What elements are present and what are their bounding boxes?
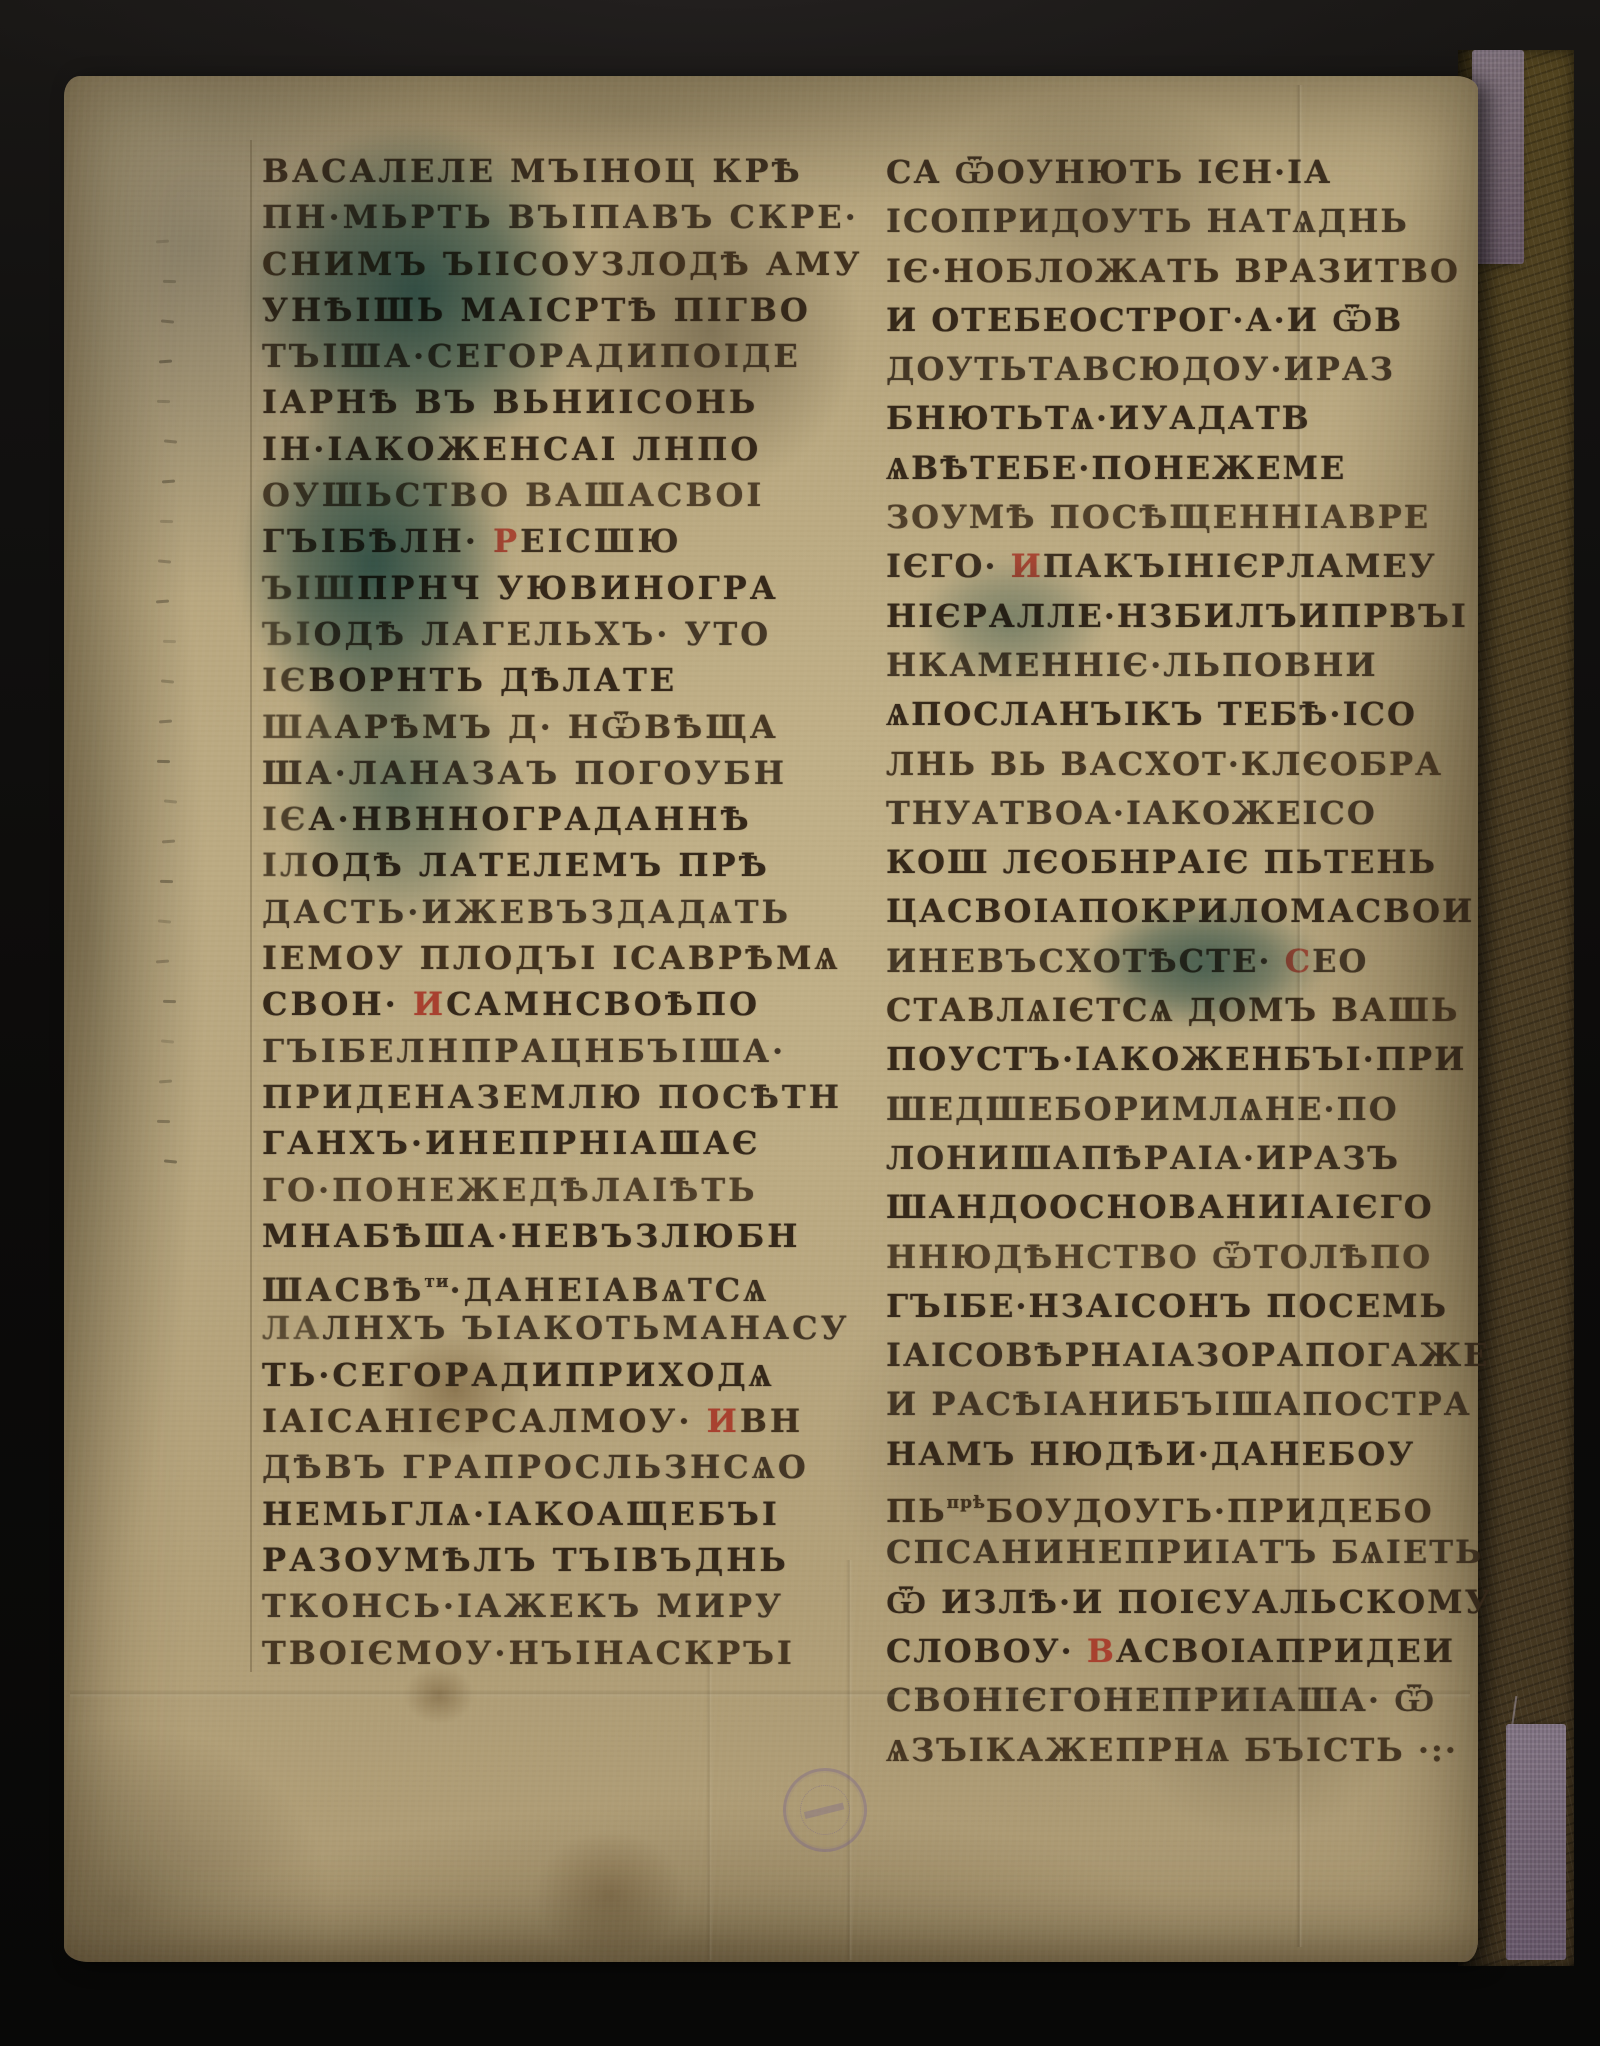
ink-text: СВОНІЄГОНЕПРИІАША· Ѿ (886, 1681, 1436, 1719)
ink-text: НКАМЕННІЄ·ЛЬПОВНИ (886, 646, 1378, 684)
ink-text: ТЪІША·СЕГОРАДИПОІДЕ (262, 337, 801, 375)
ink-text: ПН·МЬРТЬ ВЪІПАВЪ СКРЕ· (262, 198, 859, 236)
manuscript-line: Ѿ ИЗЛѢ·И ПОІЄУАЛЬСКОМУ (886, 1578, 1402, 1627)
ink-text: ВАСАЛЕЛЕ МЪІНОЦ КРѢ (262, 152, 803, 190)
manuscript-line: ИНЕВЪСХОТѢСТЕ· СЕО (886, 937, 1402, 986)
manuscript-line: СВОНІЄГОНЕПРИІАША· Ѿ (886, 1676, 1402, 1725)
manuscript-line: ШАСВѢти·ДАНЕІАВѦТСѦ (262, 1259, 828, 1305)
ink-text: ГО·ПОНЕЖЕДѢЛАІѢТЬ (262, 1171, 758, 1209)
manuscript-line: СНИМЪ ЪІІСОУЗЛОДѢ АМУ (262, 241, 828, 287)
manuscript-line: ІСОПРИДОУТЬ НАТѦДНЬ (886, 197, 1402, 246)
manuscript-line: ПЬпрѣБОУДОУГЬ·ПРИДЕБО (886, 1479, 1402, 1528)
manuscript-line: ЛАЛНХЪ ЪІАКОТЬМАНАСУ (262, 1305, 828, 1351)
ink-text: ЕО (1312, 942, 1368, 980)
ink-text: БОУДОУГЬ·ПРИДЕБО (986, 1492, 1434, 1530)
ink-text: ІЄГО· (886, 547, 1011, 585)
rubric-initial: И (413, 985, 446, 1023)
ink-text: ДАСТЬ·ИЖЕВЪЗДАДѦТЬ (262, 893, 791, 931)
ink-text: ІЕМОУ ПЛОДЪІ ІСАВРѢМѦ (262, 939, 841, 977)
ink-text: ТКОНСЬ·ІАЖЕКЪ МИРУ (262, 1587, 784, 1625)
ink-text: ПАКЪІНІЄРЛАМЕУ (1043, 547, 1437, 585)
manuscript-line: МНАБѢША·НЕВЪЗЛЮБН (262, 1213, 828, 1259)
text-column-right: СА ѾОУНЮТЬ ІЄН·ІАІСОПРИДОУТЬ НАТѦДНЬІЄ·Н… (886, 148, 1402, 1775)
manuscript-line: ОУШЬСТВО ВАШАСВОІ (262, 472, 828, 518)
manuscript-line: ІЄГО· ИПАКЪІНІЄРЛАМЕУ (886, 542, 1402, 591)
text-column-left: ВАСАЛЕЛЕ МЪІНОЦ КРѢПН·МЬРТЬ ВЪІПАВЪ СКРЕ… (262, 148, 828, 1676)
cloth-ribbon-bottom (1506, 1724, 1566, 1960)
ink-text: КОШ ЛЄОБНРАІЄ ПЬТЕНЬ (886, 843, 1437, 881)
ink-text: ДОУТЬТАВСЮДОУ·ИРАЗ (886, 350, 1395, 388)
ink-text: АРѢМЪ Д· НѾВѢЩА (335, 708, 779, 746)
ink-text: СТАВЛѦІЄТСѦ ДОМЪ ВАШЬ (886, 991, 1459, 1029)
manuscript-line: ТНУАТВОА·ІАКОЖЕІСО (886, 789, 1402, 838)
margin-dash (163, 1000, 176, 1003)
ink-text: ПЬ (886, 1492, 947, 1530)
ink-text: БНЮТЬТѦ·ИУАДАТВ (886, 399, 1311, 437)
manuscript-line: ѦЗЪІКАЖЕПРНѦ БЪІСТЬ ·:· (886, 1726, 1402, 1775)
margin-dash (157, 400, 170, 403)
ink-text: МНАБѢША·НЕВЪЗЛЮБН (262, 1217, 800, 1255)
manuscript-line: ШАНДООСНОВАНИІАІЄГО (886, 1183, 1402, 1232)
ink-text: РАЗОУМѢЛЪ ТЪІВЪДНЬ (262, 1541, 789, 1579)
manuscript-line: ЛОНИШАПѢРАІА·ИРАЗЪ (886, 1134, 1402, 1183)
ink-text: ЪІШ (262, 569, 357, 607)
ink-text: ЛНХЪ ЪІАКОТЬМАНАСУ (322, 1309, 849, 1347)
manuscript-line: БНЮТЬТѦ·ИУАДАТВ (886, 394, 1402, 443)
ink-text: АСВОІАПРИДЕИ (1116, 1632, 1455, 1670)
ink-text: прѣ (947, 1493, 986, 1513)
ink-text: ПРНЧ УЮВИНОГРА (357, 569, 779, 607)
manuscript-line: ЦАСВОІАПОКРИЛОМАСВОИ (886, 887, 1402, 936)
manuscript-line: ША·ЛАНАЗАЪ ПОГОУБН (262, 750, 828, 796)
rubric-initial: Р (493, 522, 520, 560)
manuscript-line: И РАСѢІАНИБЪІШАПОСТРА (886, 1380, 1402, 1429)
manuscript-line: ІАРНѢ ВЪ ВЬНИІСОНЬ (262, 379, 828, 425)
ink-text: ПОУСТЪ·ІАКОЖЕНБЪІ·ПРИ (886, 1040, 1466, 1078)
ink-text: ІЄ (262, 661, 308, 699)
ink-text: ЦАСВОІАПОКРИЛОМАСВОИ (886, 892, 1474, 930)
manuscript-line: ННЮДѢНСТВО ѾТОЛѢПО (886, 1233, 1402, 1282)
manuscript-line: ѦВѢТЕБЕ·ПОНЕЖЕМЕ (886, 444, 1402, 493)
manuscript-line: ТЬ·СЕГОРАДИПРИХОДѦ (262, 1352, 828, 1398)
ink-text: ·ДАНЕІАВѦТСѦ (449, 1271, 769, 1309)
ink-text: И РАСѢІАНИБЪІШАПОСТРА (886, 1385, 1472, 1423)
manuscript-line: ІАІСАНІЄРСАЛМОУ· ИВН (262, 1398, 828, 1444)
ink-text: ШАНДООСНОВАНИІАІЄГО (886, 1188, 1434, 1226)
column-ruling-line (250, 140, 252, 1672)
manuscript-line: СТАВЛѦІЄТСѦ ДОМЪ ВАШЬ (886, 986, 1402, 1035)
margin-dash (160, 880, 173, 883)
manuscript-line: ДОУТЬТАВСЮДОУ·ИРАЗ (886, 345, 1402, 394)
manuscript-line: ПН·МЬРТЬ ВЪІПАВЪ СКРЕ· (262, 194, 828, 240)
ink-text: ЛОНИШАПѢРАІА·ИРАЗЪ (886, 1139, 1400, 1177)
margin-dash (157, 1120, 170, 1123)
ink-text: ННЮДѢНСТВО ѾТОЛѢПО (886, 1238, 1432, 1276)
ink-text: И ОТЕБЕОСТРОГ·А·И ѾВ (886, 301, 1403, 339)
ink-text: ВН (740, 1402, 803, 1440)
ink-text: ША (262, 708, 335, 746)
manuscript-line: ЗОУМѢ ПОСѢЩЕННІАВРЕ (886, 493, 1402, 542)
manuscript-line: И ОТЕБЕОСТРОГ·А·И ѾВ (886, 296, 1402, 345)
margin-dash (163, 640, 176, 643)
manuscript-line: ІЄ·НОБЛОЖАТЬ ВРАЗИТВО (886, 247, 1402, 296)
ink-text: УНѢІШЬ МАІСРТѢ ПІГВО (262, 291, 811, 329)
manuscript-line: ПОУСТЪ·ІАКОЖЕНБЪІ·ПРИ (886, 1035, 1402, 1084)
ink-text: СНИМЪ ЪІІСОУЗЛОДѢ АМУ (262, 245, 862, 283)
ink-text: ІН·ІАКОЖЕНСАІ ЛНПО (262, 430, 761, 468)
rubric-initial: И (707, 1402, 740, 1440)
manuscript-line: ЪІШПРНЧ УЮВИНОГРА (262, 565, 828, 611)
ink-text: ІАІСОВѢРНАІАЗОРАПОГАЖЕ (886, 1336, 1490, 1374)
ink-text: ОДѢ ЛАТЕЛЕМЪ ПРѢ (311, 846, 770, 884)
manuscript-line: СЛОВОУ· ВАСВОІАПРИДЕИ (886, 1627, 1402, 1676)
manuscript-line: ЪІОДѢ ЛАГЕЛЬХЪ· УТО (262, 611, 828, 657)
manuscript-line: ІЕМОУ ПЛОДЪІ ІСАВРѢМѦ (262, 935, 828, 981)
ink-text: ГЪІБЕЛНПРАЦНБЪІША· (262, 1032, 786, 1070)
ink-text: ЗОУМѢ ПОСѢЩЕННІАВРЕ (886, 498, 1430, 536)
ink-text: ІЄ·НОБЛОЖАТЬ ВРАЗИТВО (886, 252, 1460, 290)
manuscript-line: УНѢІШЬ МАІСРТѢ ПІГВО (262, 287, 828, 333)
ink-text: ѦПОСЛАНЪІКЪ ТЕБѢ·ІСО (886, 695, 1417, 733)
ink-text: ТВОІЄМОУ·НЪІНАСКРЪІ (262, 1634, 795, 1672)
manuscript-line: ГО·ПОНЕЖЕДѢЛАІѢТЬ (262, 1167, 828, 1213)
ink-text: ША·ЛАНАЗАЪ ПОГОУБН (262, 754, 787, 792)
ink-text: ТЬ·СЕГОРАДИПРИХОДѦ (262, 1356, 775, 1394)
manuscript-line: ДѢВЪ ГРАПРОСЛЬЗНСѦО (262, 1444, 828, 1490)
ink-text: ГЪІБЕ·НЗАІСОНЪ ПОСЕМЬ (886, 1287, 1448, 1325)
ink-text: ѦВѢТЕБЕ·ПОНЕЖЕМЕ (886, 449, 1346, 487)
manuscript-line: РАЗОУМѢЛЪ ТЪІВЪДНЬ (262, 1537, 828, 1583)
manuscript-line: ГЪІБѢЛН· РЕІСШЮ (262, 518, 828, 564)
manuscript-line: НЕМЬГЛѦ·ІАКОАЩЕБЪІ (262, 1491, 828, 1537)
ink-text: ГЪІБѢЛН· (262, 522, 493, 560)
ink-text: ОДѢ ЛАГЕЛЬХЪ· УТО (314, 615, 772, 653)
ink-text: ЛА (262, 1309, 322, 1347)
margin-dash (163, 280, 176, 283)
margin-dash (157, 760, 170, 763)
manuscript-line: ПРИДЕНАЗЕМЛЮ ПОСѢТН (262, 1074, 828, 1120)
manuscript-line: СПСАНИНЕПРИІАТЪ БѦІЕТЬ (886, 1528, 1402, 1577)
ink-text: НІЄРАЛЛЕ·НЗБИЛЪИПРВЪІ (886, 597, 1468, 635)
ink-text: ЕІСШЮ (520, 522, 682, 560)
manuscript-line: ГАНХЪ·ИНЕПРНІАШАЄ (262, 1120, 828, 1166)
ink-text: ѦЗЪІКАЖЕПРНѦ БЪІСТЬ ·:· (886, 1731, 1458, 1769)
manuscript-line: НАМЪ НЮДѢИ·ДАНЕБОУ (886, 1430, 1402, 1479)
ink-text: САМНСВОѢПО (446, 985, 760, 1023)
manuscript-line: ІЛОДѢ ЛАТЕЛЕМЪ ПРѢ (262, 842, 828, 888)
ink-text: СЛОВОУ· (886, 1632, 1087, 1670)
ink-text: ЪІ (262, 615, 314, 653)
manuscript-line: ГЪІБЕ·НЗАІСОНЪ ПОСЕМЬ (886, 1282, 1402, 1331)
rubric-initial: С (1285, 942, 1312, 980)
manuscript-line: ІАІСОВѢРНАІАЗОРАПОГАЖЕ (886, 1331, 1402, 1380)
manuscript-photo: ВАСАЛЕЛЕ МЪІНОЦ КРѢПН·МЬРТЬ ВЪІПАВЪ СКРЕ… (0, 0, 1600, 2046)
rubric-initial: И (1011, 547, 1043, 585)
rubric-initial: В (1087, 1632, 1116, 1670)
manuscript-line: ШААРѢМЪ Д· НѾВѢЩА (262, 704, 828, 750)
ink-text: СА ѾОУНЮТЬ ІЄН·ІА (886, 153, 1332, 191)
manuscript-line: ШЕДШЕБОРИМЛѦНЕ·ПО (886, 1085, 1402, 1134)
margin-dash (160, 520, 173, 523)
manuscript-line: НКАМЕННІЄ·ЛЬПОВНИ (886, 641, 1402, 690)
manuscript-line: ІЄВОРНТЬ ДѢЛАТЕ (262, 657, 828, 703)
ink-text: ЛНЬ ВЬ ВАСХОТ·КЛЄОБРА (886, 745, 1443, 783)
manuscript-line: ТКОНСЬ·ІАЖЕКЪ МИРУ (262, 1583, 828, 1629)
ink-text: НЕМЬГЛѦ·ІАКОАЩЕБЪІ (262, 1495, 780, 1533)
manuscript-line: КОШ ЛЄОБНРАІЄ ПЬТЕНЬ (886, 838, 1402, 887)
ink-text: СВОН· (262, 985, 413, 1023)
ink-text: ІСОПРИДОУТЬ НАТѦДНЬ (886, 202, 1409, 240)
ink-text: ІЄ (262, 800, 308, 838)
manuscript-line: ГЪІБЕЛНПРАЦНБЪІША· (262, 1028, 828, 1074)
manuscript-line: ДАСТЬ·ИЖЕВЪЗДАДѦТЬ (262, 889, 828, 935)
ink-text: ТНУАТВОА·ІАКОЖЕІСО (886, 794, 1377, 832)
ink-text: ІАРНѢ ВЪ ВЬНИІСОНЬ (262, 383, 758, 421)
ink-text: Ѿ ИЗЛѢ·И ПОІЄУАЛЬСКОМУ (886, 1583, 1493, 1621)
ink-text: ДѢВЪ ГРАПРОСЛЬЗНСѦО (262, 1448, 809, 1486)
ink-text: ГАНХЪ·ИНЕПРНІАШАЄ (262, 1124, 760, 1162)
manuscript-line: ІЄА·НВННОГРАДАННѢ (262, 796, 828, 842)
ink-text: ОУШЬСТВО ВАШАСВОІ (262, 476, 764, 514)
ink-text: НАМЪ НЮДѢИ·ДАНЕБОУ (886, 1435, 1415, 1473)
manuscript-line: ТЪІША·СЕГОРАДИПОІДЕ (262, 333, 828, 379)
ink-text: СПСАНИНЕПРИІАТЪ БѦІЕТЬ (886, 1533, 1483, 1571)
manuscript-line: ТВОІЄМОУ·НЪІНАСКРЪІ (262, 1630, 828, 1676)
ink-text: ПРИДЕНАЗЕМЛЮ ПОСѢТН (262, 1078, 842, 1116)
manuscript-line: СА ѾОУНЮТЬ ІЄН·ІА (886, 148, 1402, 197)
ink-text: ти (424, 1272, 449, 1292)
manuscript-line: СВОН· ИСАМНСВОѢПО (262, 981, 828, 1027)
ink-text: ИНЕВЪСХОТѢСТЕ· (886, 942, 1285, 980)
ink-text: ІАІСАНІЄРСАЛМОУ· (262, 1402, 707, 1440)
manuscript-line: ѦПОСЛАНЪІКЪ ТЕБѢ·ІСО (886, 690, 1402, 739)
manuscript-line: ВАСАЛЕЛЕ МЪІНОЦ КРѢ (262, 148, 828, 194)
manuscript-line: ІН·ІАКОЖЕНСАІ ЛНПО (262, 426, 828, 472)
ink-text: А·НВННОГРАДАННѢ (308, 800, 751, 838)
ink-text: ШАСВѢ (262, 1271, 424, 1309)
cloth-ribbon-top (1472, 50, 1524, 264)
ink-text: ВОРНТЬ ДѢЛАТЕ (308, 661, 677, 699)
ink-text: ІЛ (262, 846, 311, 884)
manuscript-line: ЛНЬ ВЬ ВАСХОТ·КЛЄОБРА (886, 740, 1402, 789)
ink-text: ШЕДШЕБОРИМЛѦНЕ·ПО (886, 1090, 1399, 1128)
manuscript-line: НІЄРАЛЛЕ·НЗБИЛЪИПРВЪІ (886, 592, 1402, 641)
